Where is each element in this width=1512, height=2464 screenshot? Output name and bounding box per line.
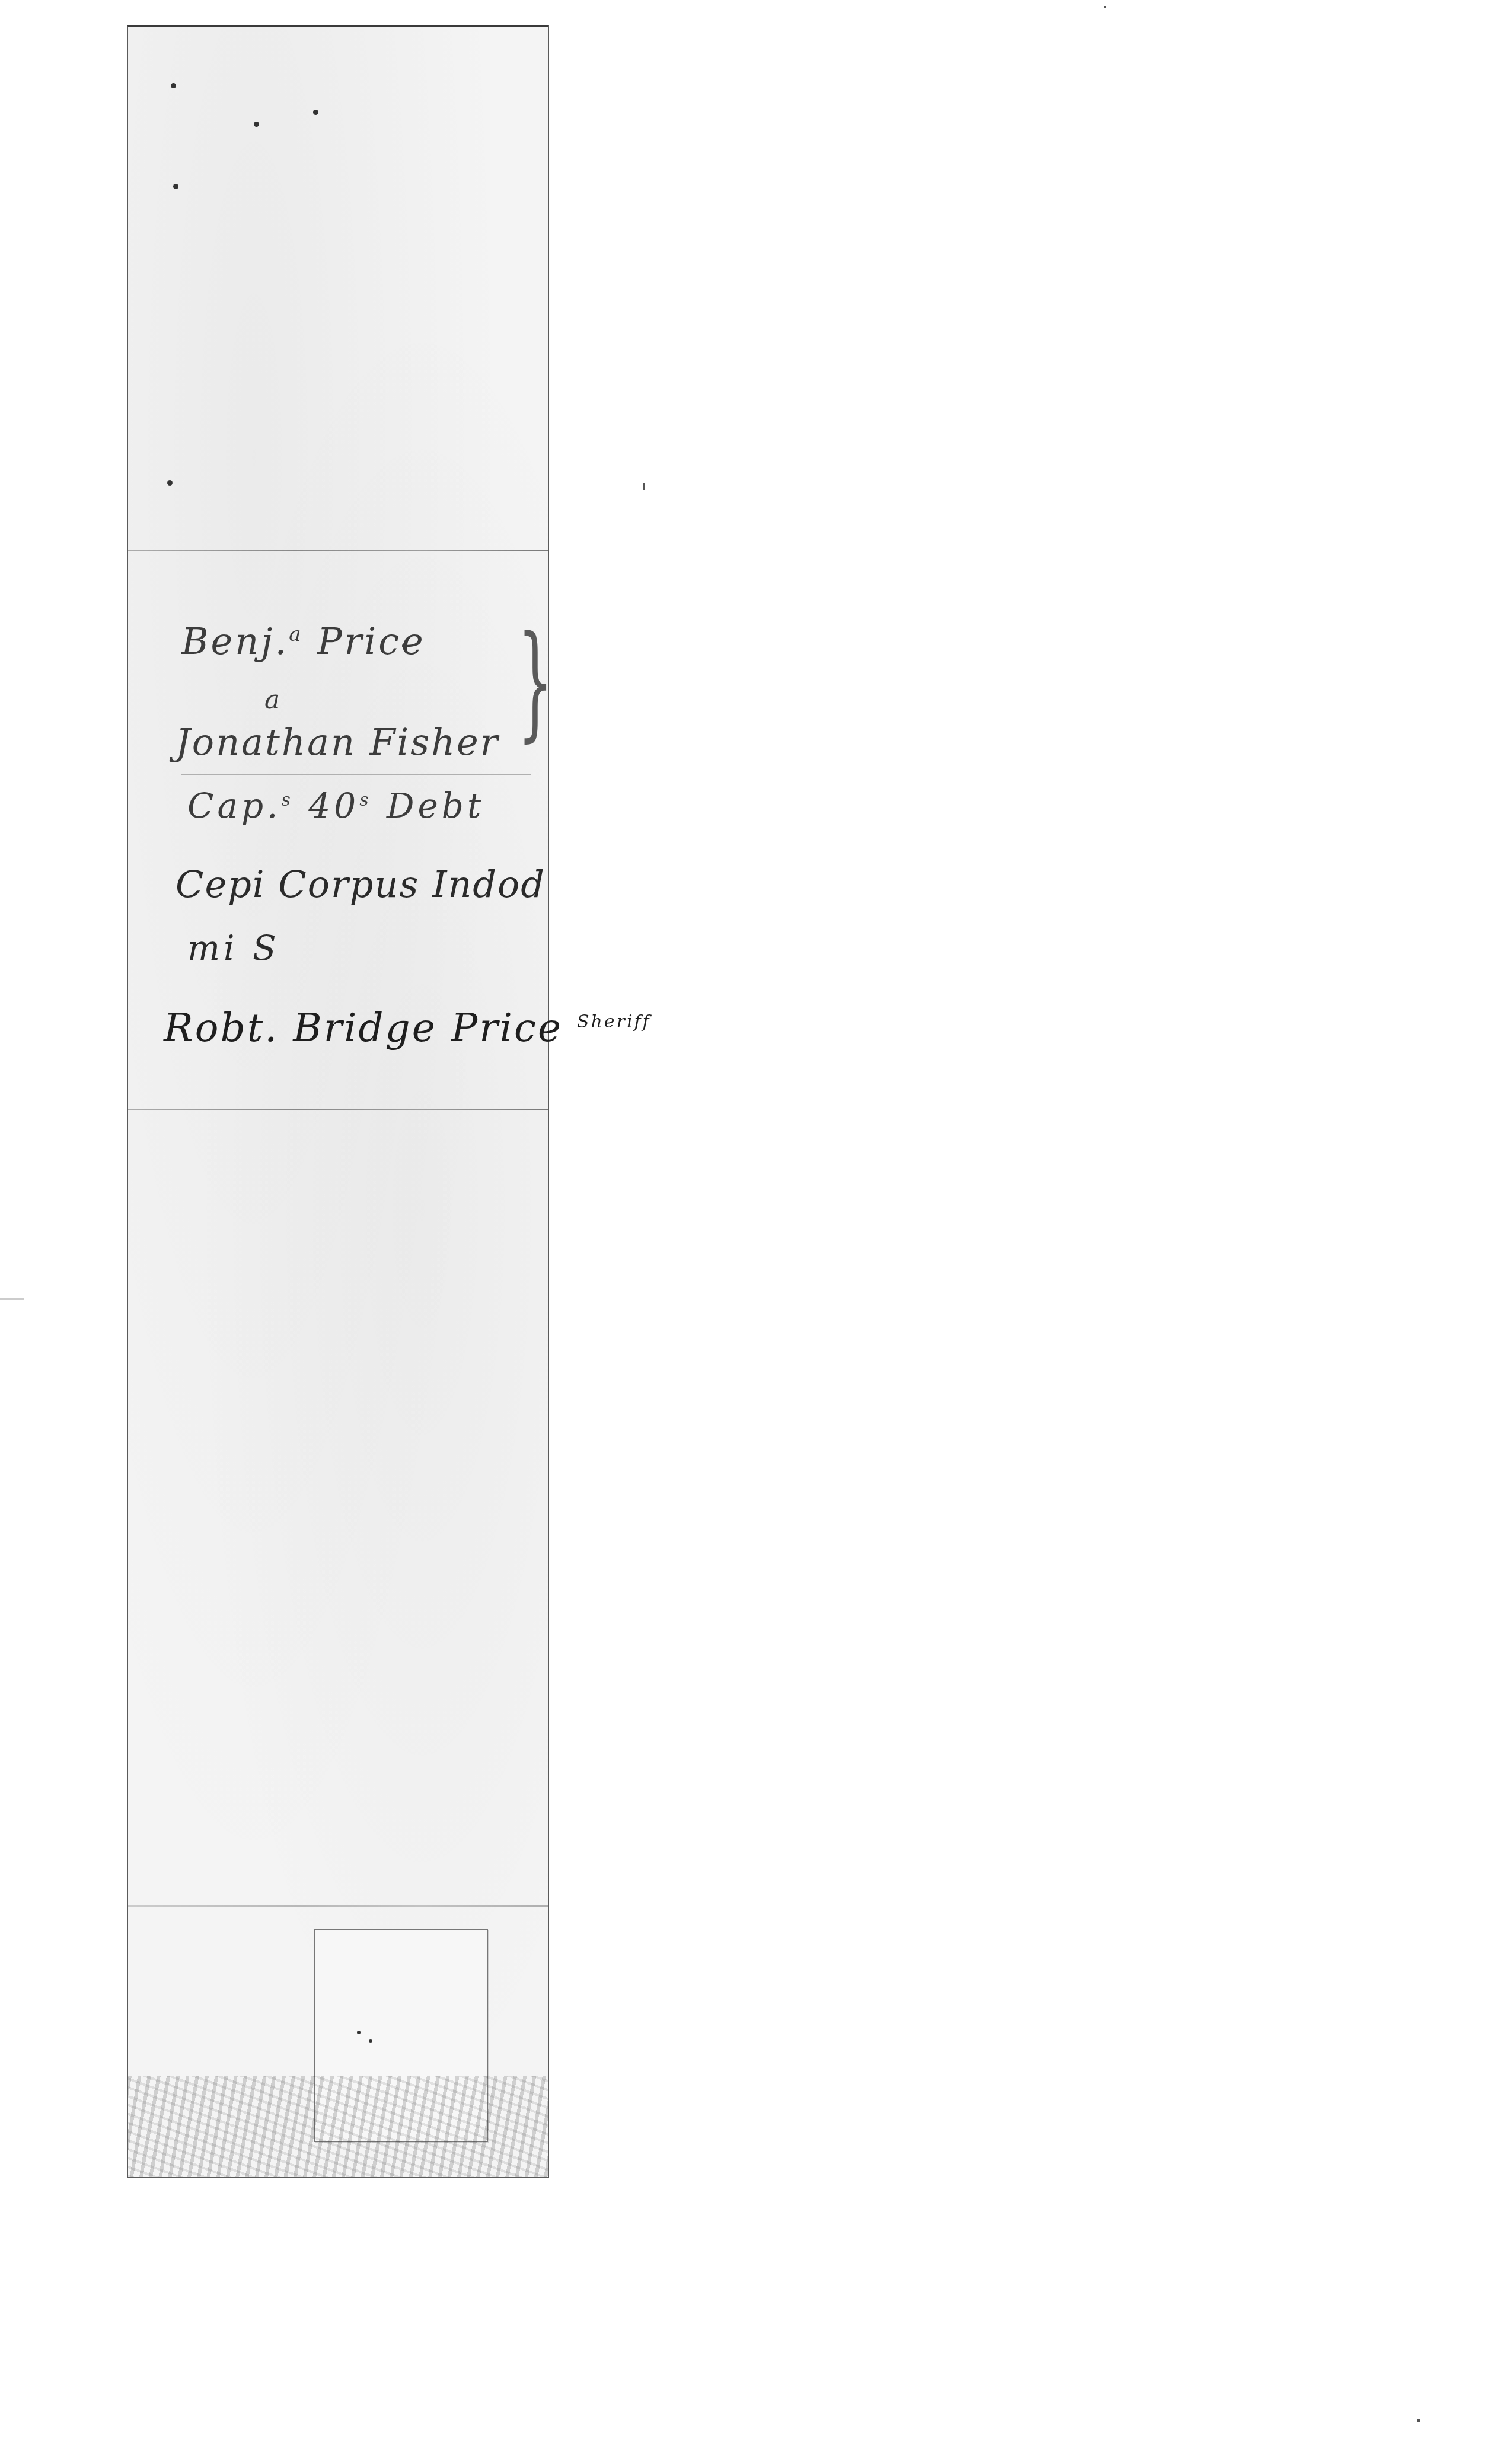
- worn-paper-edge: [128, 2076, 548, 2177]
- scan-artifact: [0, 1298, 24, 1300]
- ink-speck: [171, 83, 176, 88]
- document-paper-strip: Benj.a Price a Jonathan Fisher } Cap.s 4…: [127, 25, 549, 2178]
- scan-artifact: [1417, 2419, 1420, 2422]
- bracket-mark: }: [518, 620, 553, 744]
- fold-line: [128, 550, 548, 551]
- ink-speck: [357, 2031, 361, 2034]
- ink-speck: [313, 110, 318, 115]
- plaintiff-name: Benj.a Price: [181, 620, 426, 663]
- fold-line: [128, 1109, 548, 1110]
- ink-speck: [369, 2039, 372, 2043]
- fold-line: [128, 1905, 548, 1907]
- defendant-name: Jonathan Fisher: [176, 720, 499, 764]
- scan-artifact: [1104, 6, 1106, 8]
- sheriff-return-line-2: mi S: [187, 928, 280, 968]
- writ-description: Cap.s 40s Debt: [187, 786, 484, 826]
- scan-artifact: [643, 483, 645, 490]
- ink-speck: [167, 480, 173, 486]
- divider-rule: [181, 774, 531, 775]
- ink-speck: [173, 184, 178, 189]
- sheriff-return-line-1: Cepi Corpus Indod: [176, 863, 546, 906]
- ink-speck: [254, 122, 259, 127]
- versus-mark: a: [264, 685, 280, 715]
- sheriff-signature: Robt. Bridge Price Sheriff: [164, 1005, 651, 1051]
